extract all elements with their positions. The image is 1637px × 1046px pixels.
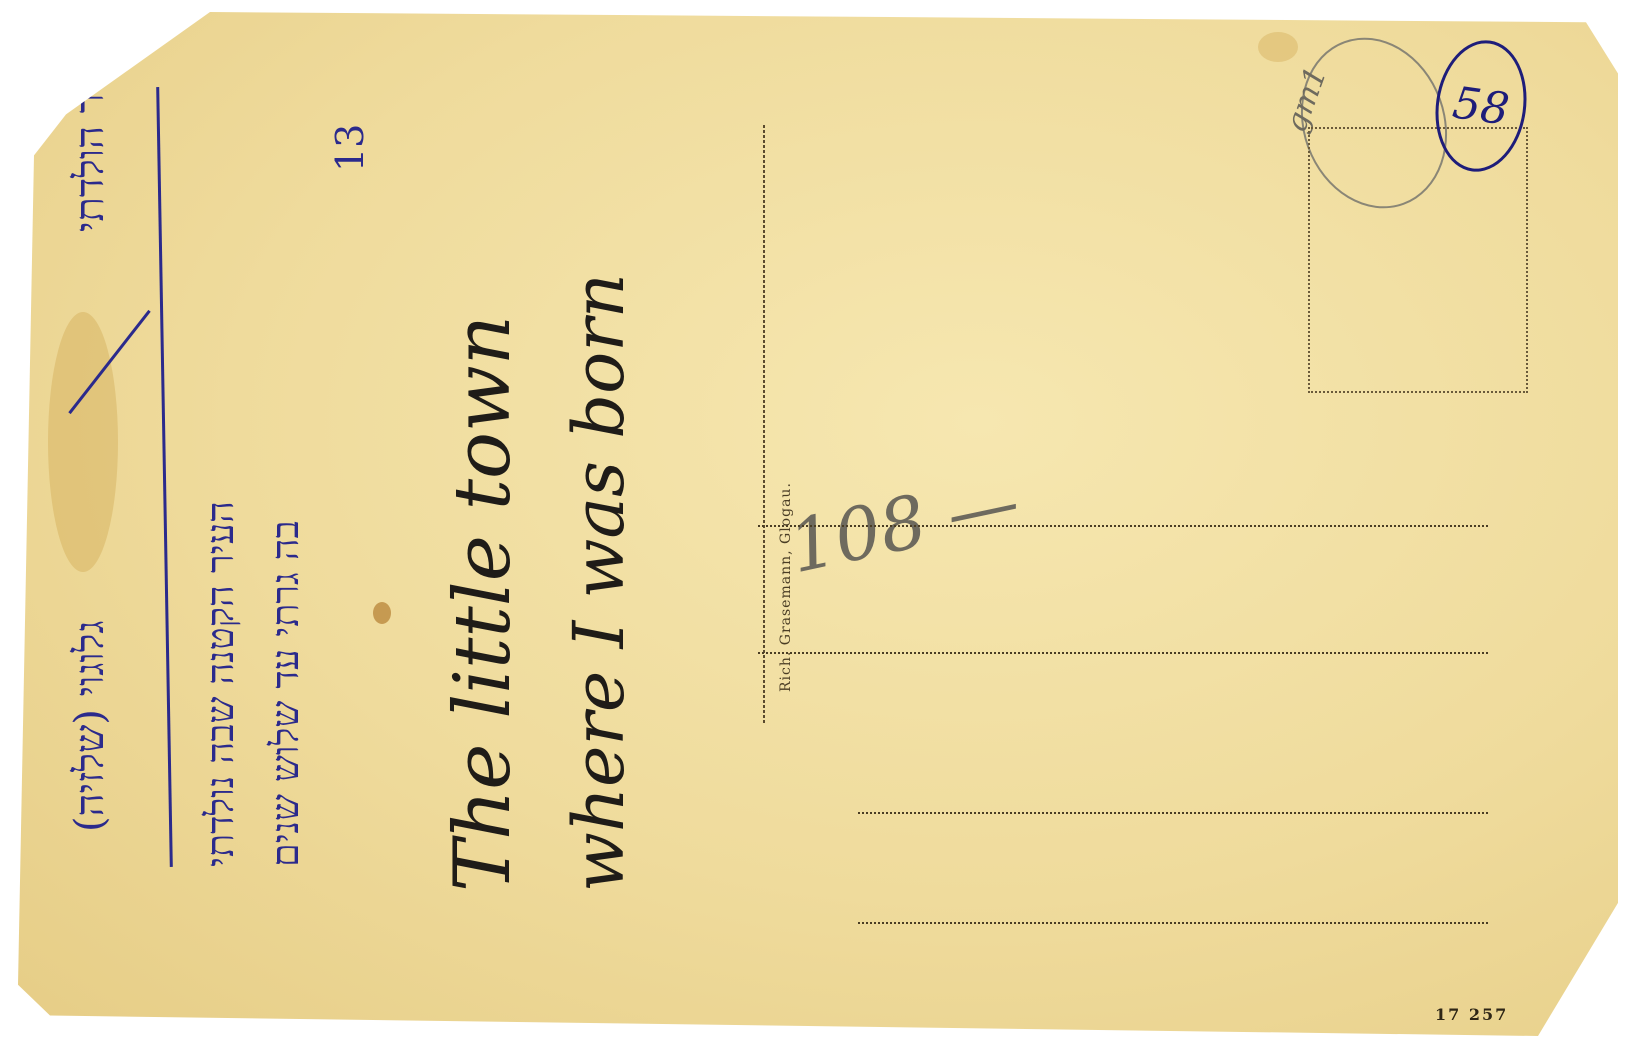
address-line-1 bbox=[758, 525, 1488, 527]
blue-ink-rule bbox=[156, 87, 173, 867]
postcard-back: עיר הולדתי גלוגוי (שלזיה) העיר הקטנה שבה… bbox=[18, 12, 1618, 1036]
hebrew-heading-left: גלוגוי (שלזיה) bbox=[66, 620, 113, 832]
address-line-3 bbox=[858, 812, 1488, 814]
hebrew-heading-right: עיר הולדתי bbox=[66, 60, 113, 232]
hebrew-line-2: בה גרתי עד שלוש שנים bbox=[263, 520, 308, 867]
circled-number-text: 58 bbox=[1450, 77, 1513, 135]
stain bbox=[48, 312, 118, 572]
address-line-2 bbox=[758, 652, 1488, 654]
center-divider bbox=[763, 125, 765, 725]
hebrew-line-3: 13 bbox=[328, 124, 372, 172]
hebrew-line-1: העיר הקטנה שבה נולדתי bbox=[198, 501, 243, 867]
english-line-1: The little town bbox=[438, 315, 528, 892]
address-line-4 bbox=[858, 922, 1488, 924]
stain bbox=[1258, 32, 1298, 62]
english-line-2: where I was born bbox=[558, 273, 640, 892]
stain bbox=[373, 602, 391, 624]
pencil-number: 108 — bbox=[782, 459, 1027, 589]
catalog-number: 17 257 bbox=[1435, 1005, 1508, 1024]
stamp-box bbox=[1308, 127, 1528, 393]
